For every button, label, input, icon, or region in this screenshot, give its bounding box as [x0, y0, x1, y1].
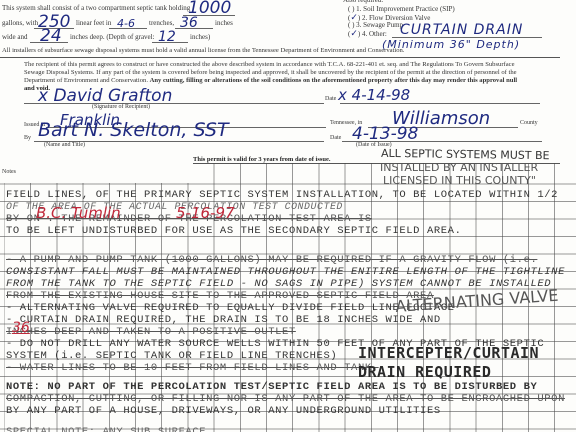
wide-and-label: wide and [2, 33, 27, 41]
linear-feet-label: linear feet in [76, 19, 111, 27]
note-line-1: FIELD LINES, OF THE PRIMARY SEPTIC SYSTE… [6, 189, 558, 201]
inches-deep-label: inches deep. (Depth of gravel: [70, 33, 155, 41]
also-required-item-3[interactable]: ( ) 3. Sewage Pump [348, 21, 403, 29]
agreement-plain: Department of Environment and Conservati… [24, 77, 148, 84]
trench-width-field[interactable]: 36 [180, 15, 198, 31]
date-label: Date [325, 96, 336, 102]
recipient-signature[interactable]: x David Grafton [38, 86, 172, 106]
checkmark-icon: ✓ [350, 29, 358, 39]
issue-date-field[interactable]: 4-13-98 [352, 124, 418, 144]
note-line-8: FROM THE TANK TO THE SEPTIC FIELD - NO S… [6, 278, 551, 290]
trench-count-field[interactable]: 4-6 [117, 17, 135, 30]
item-num: 3. [356, 21, 361, 29]
issue-date-label: Date [330, 135, 341, 141]
notes-header-cell [0, 163, 193, 183]
other-field-detail[interactable]: (Minimum 36" Depth) [382, 38, 520, 51]
inches-label: inches [215, 19, 233, 27]
issuer-name-field[interactable]: Bart N. Skelton, SST [38, 119, 229, 141]
stamp-licensed-line-3: LICENSED IN THIS COUNTY" [383, 174, 536, 187]
note-line-21: SPECIAL NOTE: ANY SUB SURFACE ... [6, 426, 234, 432]
agreement-text-3: Department of Environment and Conservati… [24, 77, 517, 84]
perc-tester-field[interactable]: B.C. Tumlin [36, 204, 121, 222]
note-line-9: FROM THE EXISTING HOUSE SITE TO THE APPR… [6, 290, 434, 302]
note-line-10: - ALTERNATING VALVE REQUIRED TO EQUALLY … [6, 302, 455, 314]
notes-label: Notes [2, 169, 16, 175]
also-required-title: Also required: [343, 0, 383, 4]
date-field[interactable]: x 4-14-98 [338, 86, 410, 104]
trench-depth-field[interactable]: 24 [40, 26, 62, 46]
divider [0, 57, 560, 58]
note-line-12: INCHES DEEP AND TAKEN TO A POSITIVE OUTL… [6, 326, 296, 338]
agreement-text-2: Sewage Disposal Systems. If any part of … [24, 69, 517, 76]
agreement-bold: Any cutting, filling or alterations of t… [150, 77, 518, 84]
curtain-depth-field[interactable]: 36 [12, 320, 30, 336]
note-line-4: TO BE LEFT UNDISTURBED FOR USE AS THE SE… [6, 225, 461, 237]
note-line-6: - A PUMP AND PUMP TANK (1000 GALLONS) MA… [6, 254, 537, 266]
note-line-15: - WATER LINES TO BE 10 FEET FROM FIELD L… [6, 362, 379, 374]
inches-close-label: inches) [190, 33, 210, 41]
county-label: County [520, 120, 538, 126]
system-line-1: This system shall consist of a two compa… [2, 4, 190, 12]
item-num: 4. [362, 30, 367, 38]
item-num: 1. [356, 5, 361, 13]
gallons-label: gallons, with [2, 19, 38, 27]
stamp-licensed-line-2: INSTALLED BY AN INSTALLER [380, 161, 538, 174]
item-label: Other: [369, 30, 387, 38]
validity-notice: This permit is valid for 3 years from da… [193, 156, 331, 163]
note-line-11: - CURTAIN DRAIN REQUIRED, THE DRAIN IS T… [6, 314, 441, 326]
trenches-label: trenches, [149, 19, 174, 27]
also-required-item-1[interactable]: ( ) 1. Soil Improvement Practice (SIP) [348, 5, 455, 13]
by-label: By [24, 135, 31, 141]
name-title-label: (Name and Title) [44, 142, 85, 148]
recipient-signature-label: (Signature of Recipient) [92, 104, 150, 110]
note-line-18: COMPACTION, CUTTING, OR FILLING NOR IS A… [6, 393, 565, 405]
note-line-14: SYSTEM (i.e. SEPTIC TANK OR FIELD LINE T… [6, 350, 337, 362]
item-label: Soil Improvement Practice (SIP) [363, 5, 455, 13]
gravel-depth-field[interactable]: 12 [158, 29, 176, 45]
system-text: This system shall consist of a two compa… [2, 4, 190, 12]
note-line-19: BY ANY PART OF A HOUSE, DRIVEWAYS, OR AN… [6, 405, 441, 417]
note-line-17: NOTE: NO PART OF THE PERCOLATION TEST/SE… [6, 381, 537, 393]
agreement-text-1: The recipient of this permit agrees to c… [24, 61, 515, 68]
stamp-drain-required: DRAIN REQUIRED [358, 363, 491, 381]
item-label: Sewage Pump [363, 21, 403, 29]
perc-date-field[interactable]: 5-16-97 [176, 204, 235, 222]
stamp-licensed-line-1: ALL SEPTIC SYSTEMS MUST BE [381, 147, 550, 162]
other-field[interactable]: CURTAIN DRAIN [400, 22, 523, 38]
license-notice: All installers of subsurface sewage disp… [2, 47, 404, 54]
note-line-7: CONSISTANT FALL MUST BE MAINTAINED THROU… [6, 266, 565, 278]
stamp-intercepter: INTERCEPTER/CURTAIN [358, 344, 539, 362]
